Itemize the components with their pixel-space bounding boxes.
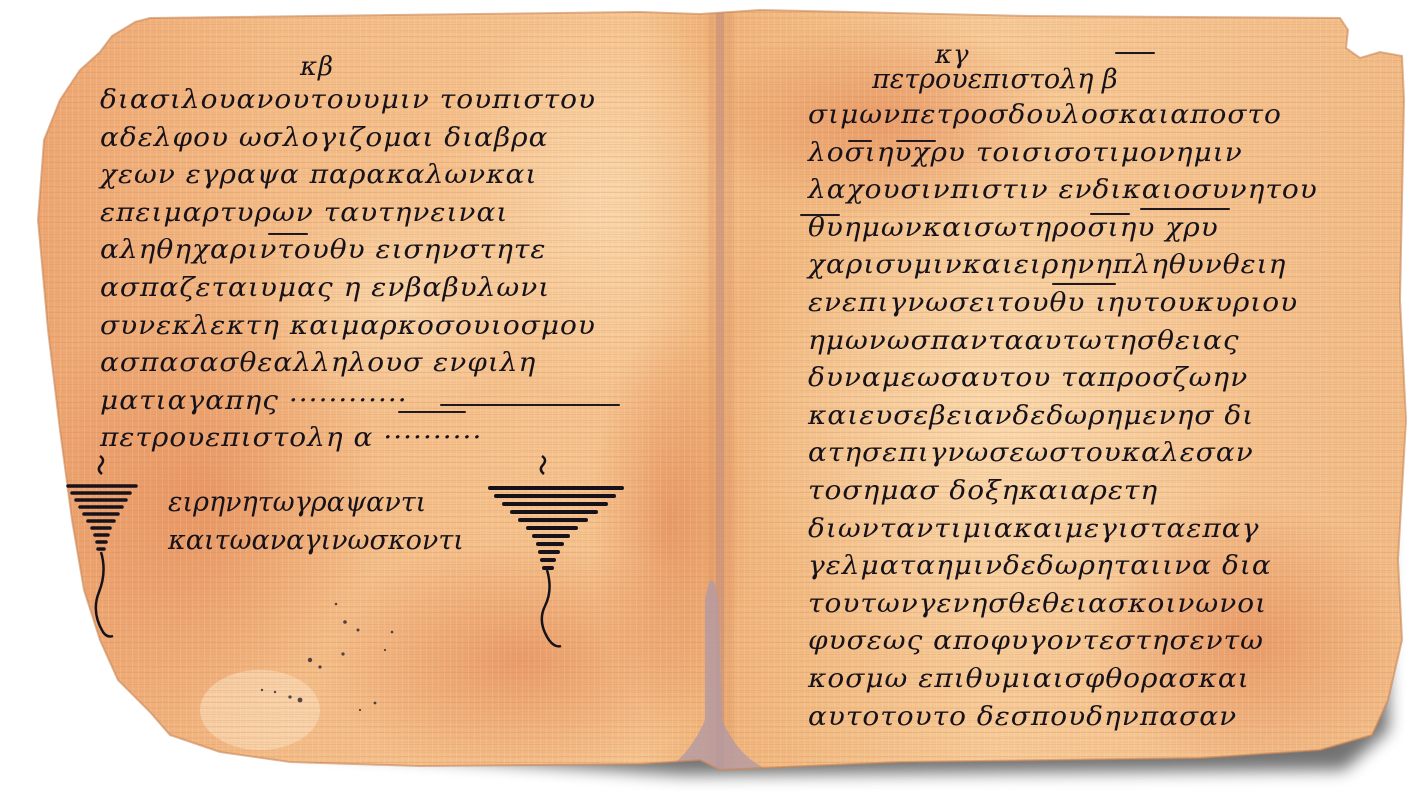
text-line: αληθηχαριντουθυ εισηνστητε bbox=[100, 232, 640, 267]
nomina-sacra-overline bbox=[268, 233, 308, 235]
text-line: λοσιηυχρυ τοισισοτιμονημιν bbox=[808, 135, 1368, 170]
text-line: αδελφου ωσλογιζομαι διαβρα bbox=[100, 120, 640, 155]
decorative-rule bbox=[440, 404, 620, 406]
text-line: ατησεπιγνωσεωστουκαλεσαν bbox=[808, 435, 1368, 470]
text-line: θυημωνκαισωτηροσιηυ χρυ bbox=[808, 210, 1368, 245]
text-line: διασιλουανουτουυμιν τουπιστου bbox=[100, 82, 640, 117]
photograph: κβ διασιλουανουτουυμιν τουπιστου αδελφου… bbox=[0, 0, 1420, 800]
text-line: γελματαημινδεδωρηταιινα δια bbox=[808, 548, 1368, 583]
text-line: καιευσεβειανδεδωρημενησ δι bbox=[808, 398, 1368, 433]
text-line: χεων εγραψα παρακαλωνκαι bbox=[100, 157, 640, 192]
colophon: ειρηνητωγραψαντι καιτωαναγινωσκοντι bbox=[168, 484, 464, 560]
nomina-sacra-overline bbox=[1140, 208, 1230, 210]
left-coronis-ornament bbox=[64, 452, 144, 642]
text-line: διωνταντιμιακαιμεγισταεπαγ bbox=[808, 511, 1368, 546]
text-line: ημωνωσπαντααυτωτησθειας bbox=[808, 323, 1368, 358]
text-line: ασπασασθεαλληλουσ ενφιλη bbox=[100, 345, 640, 380]
text-line: δυναμεωσαυτου ταπροσζωην bbox=[808, 360, 1368, 395]
text-line: λαχουσινπιστιν ενδικαιοσυνητου bbox=[808, 172, 1368, 207]
nomina-sacra-overline bbox=[896, 140, 936, 142]
text-line: συνεκλεκτη καιμαρκοσουιοσμου bbox=[100, 308, 640, 343]
nomina-sacra-overline bbox=[1090, 213, 1130, 215]
left-page-number: κβ bbox=[300, 52, 334, 82]
decorative-rule bbox=[398, 411, 466, 413]
nomina-sacra-overline bbox=[848, 140, 872, 142]
text-line: τουτωνγενησθεθειασκοινωνοι bbox=[808, 586, 1368, 621]
book-title: πετρουεπιστολη β bbox=[872, 64, 1118, 95]
text-line: φυσεως αποφυγοντεστησεντω bbox=[808, 623, 1368, 658]
right-coronis-ornament bbox=[484, 452, 634, 652]
colophon-line: ειρηνητωγραψαντι bbox=[168, 484, 464, 522]
right-page-text: σιμωνπετροσδουλοσκαιαποστο λοσιηυχρυ τοι… bbox=[808, 97, 1368, 736]
decorative-rule bbox=[1115, 52, 1155, 54]
left-page-text: διασιλουανουτουυμιν τουπιστου αδελφου ωσ… bbox=[100, 82, 640, 458]
text-line: ενεπιγνωσειτουθυ ιηυτουκυριου bbox=[808, 285, 1368, 320]
text-line: ασπαζεταιυμας η ενβαβυλωνι bbox=[100, 270, 640, 305]
text-line: πετρουεπιστολη α ·········· bbox=[100, 420, 640, 455]
text-line: σιμωνπετροσδουλοσκαιαποστο bbox=[808, 97, 1368, 132]
nomina-sacra-overline bbox=[800, 214, 840, 216]
text-line: αυτοτουτο δεσπουδηνπασαν bbox=[808, 699, 1368, 734]
text-line: χαρισυμινκαιειρηνηπληθυνθειη bbox=[808, 247, 1368, 282]
text-line: ματιαγαπης ············ bbox=[100, 383, 640, 418]
text-line: κοσμω επιθυμιαισφθορασκαι bbox=[808, 661, 1368, 696]
text-line: τοσημασ δοξηκαιαρετη bbox=[808, 473, 1368, 508]
colophon-line: καιτωαναγινωσκοντι bbox=[168, 522, 464, 560]
nomina-sacra-overline bbox=[1052, 283, 1116, 285]
text-line: επειμαρτυρων ταυτηνειναι bbox=[100, 195, 640, 230]
